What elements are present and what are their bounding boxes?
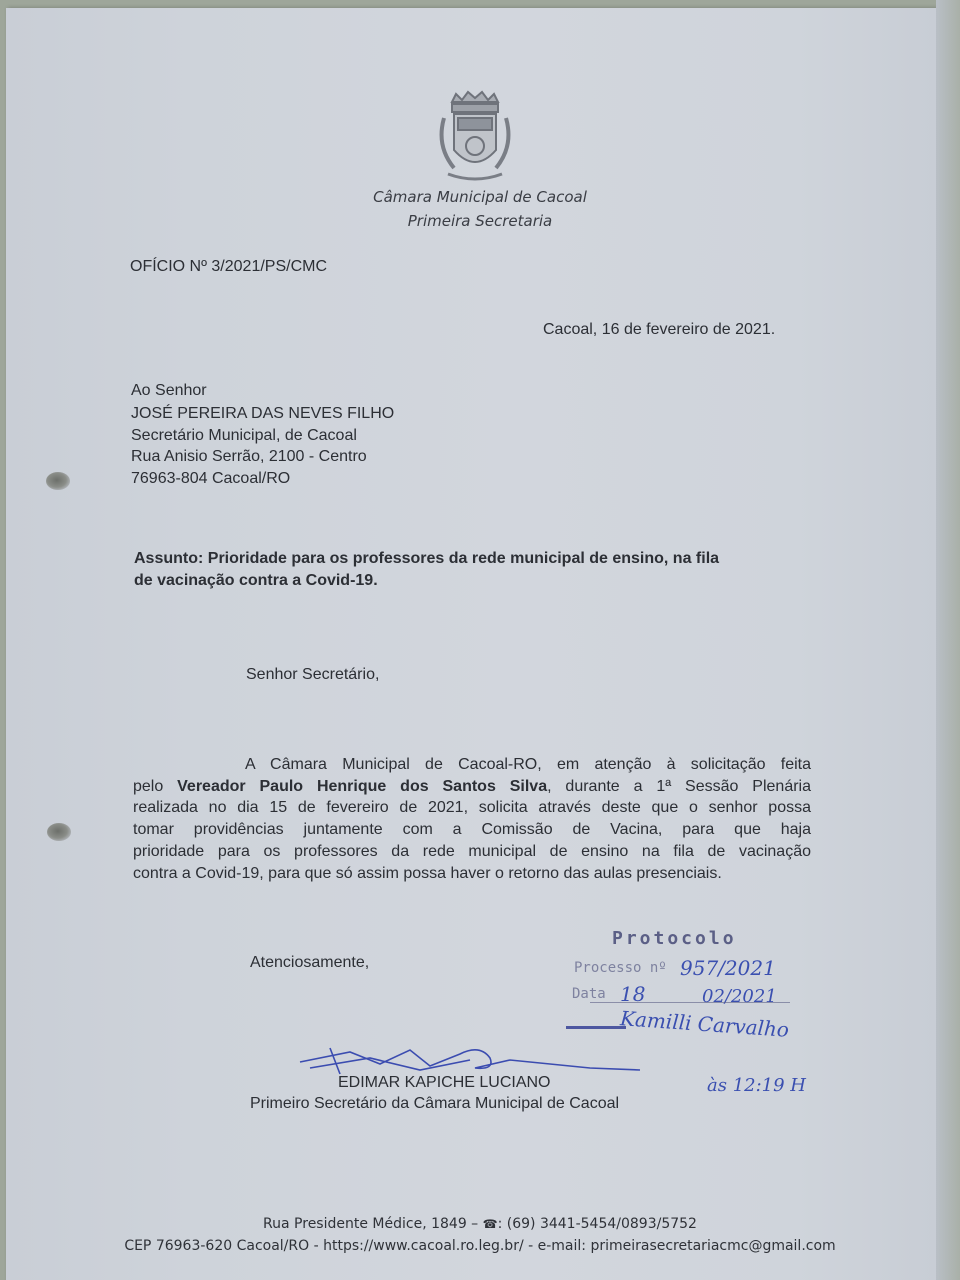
subject-line-1: Assunto: Prioridade para os professores …	[134, 550, 719, 568]
recipient-address: Rua Anisio Serrão, 2100 - Centro	[131, 448, 367, 466]
closing: Atenciosamente,	[250, 954, 369, 972]
stamp-divider	[590, 1002, 790, 1003]
body-paragraph: A Câmara Municipal de Cacoal-RO, em aten…	[133, 754, 811, 884]
institution-name: Câmara Municipal de Cacoal	[0, 188, 960, 206]
body-text: , durante a 1ª Sessão Plenária	[547, 778, 811, 795]
body-line: tomar providências juntamente com a Comi…	[133, 819, 811, 841]
body-line: A Câmara Municipal de Cacoal-RO, em aten…	[133, 754, 811, 776]
subject-line-2: de vacinação contra a Covid-19.	[134, 572, 378, 590]
body-line: prioridade para os professores da rede m…	[133, 841, 811, 863]
greeting: Senhor Secretário,	[246, 666, 379, 684]
recipient-postal: 76963-804 Cacoal/RO	[131, 470, 290, 488]
recipient-name: JOSÉ PEREIRA DAS NEVES FILHO	[131, 405, 394, 423]
stamp-title: Protocolo	[612, 928, 737, 949]
stamp-line	[566, 1026, 626, 1029]
body-line: pelo Vereador Paulo Henrique dos Santos …	[133, 776, 811, 798]
signatory-role: Primeiro Secretário da Câmara Municipal …	[250, 1095, 619, 1113]
document-reference: OFÍCIO Nº 3/2021/PS/CMC	[130, 258, 327, 276]
place-date: Cacoal, 16 de fevereiro de 2021.	[543, 321, 775, 339]
receipt-time: às 12:19 H	[707, 1075, 806, 1096]
body-line: realizada no dia 15 de fevereiro de 2021…	[133, 797, 811, 819]
stamp-date-label: Data	[572, 986, 606, 1002]
recipient-salutation: Ao Senhor	[131, 382, 207, 400]
signatory-name: EDIMAR KAPICHE LUCIANO	[338, 1074, 550, 1092]
footer-phone: : (69) 3441-5454/0893/5752	[498, 1216, 697, 1232]
body-line: contra a Covid-19, para que só assim pos…	[133, 863, 811, 885]
telephone-icon: ☎	[483, 1217, 498, 1231]
body-text: pelo	[133, 778, 177, 795]
municipal-coat-of-arms-icon	[430, 88, 520, 188]
footer-line-1: Rua Presidente Médice, 1849 – ☎: (69) 34…	[0, 1216, 960, 1232]
stamp-date-rest: 02/2021	[702, 986, 777, 1007]
department-name: Primeira Secretaria	[0, 212, 960, 230]
stamp-process-value: 957/2021	[680, 956, 776, 980]
councilman-name: Vereador Paulo Henrique dos Santos Silva	[177, 778, 547, 795]
footer-line-2: CEP 76963-620 Cacoal/RO - https://www.ca…	[0, 1238, 960, 1254]
punch-hole-icon	[46, 472, 70, 490]
footer-address: Rua Presidente Médice, 1849 –	[263, 1216, 478, 1232]
recipient-title: Secretário Municipal, de Cacoal	[131, 427, 357, 445]
stamp-process-label: Processo nº	[574, 960, 667, 976]
punch-hole-icon	[47, 823, 71, 841]
